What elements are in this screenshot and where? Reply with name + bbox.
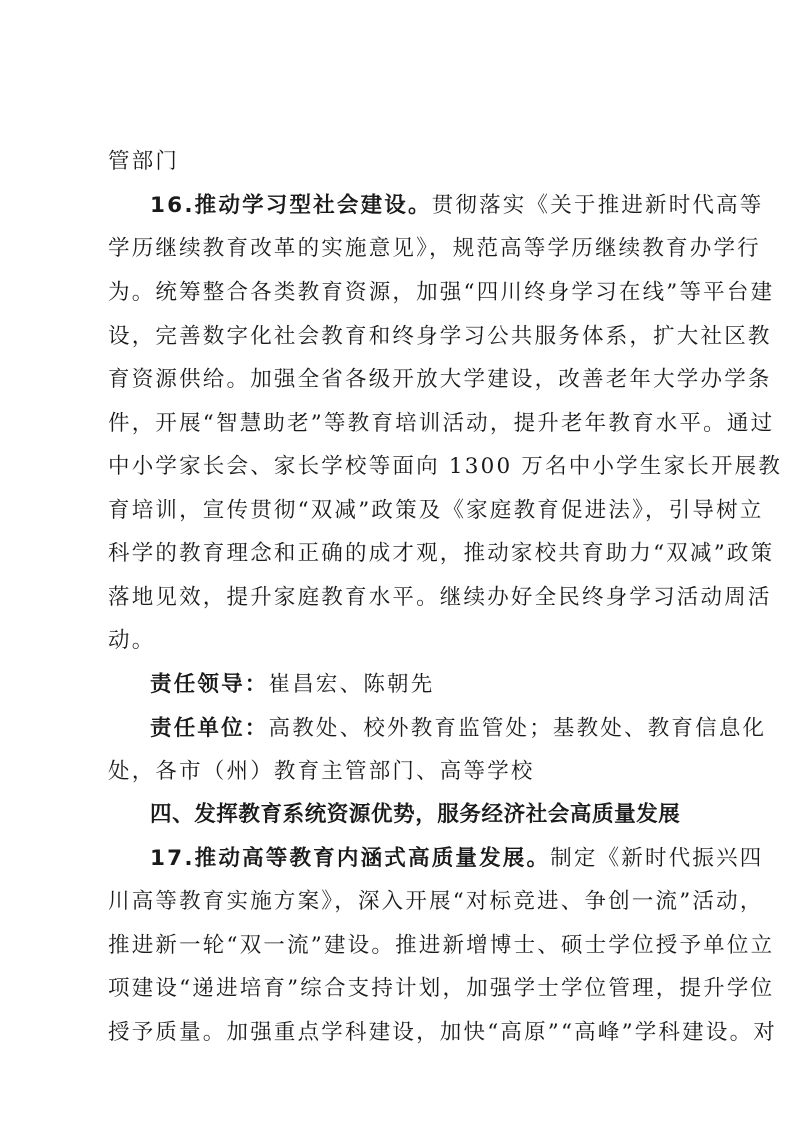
section-heading: 四、发挥教育系统资源优势，服务经济社会高质量发展 — [150, 800, 694, 830]
responsible-unit-line: 责任单位：高教处、校外教育监管处；基教处、教育信息化 — [150, 714, 694, 744]
paragraph-line: 设，完善数字化社会教育和终身学习公共服务体系，扩大社区教 — [108, 322, 694, 352]
paragraph-line: 项建设“递进培育”综合支持计划，加强学士学位管理，提升学位 — [108, 974, 694, 1004]
paragraph-line: 处，各市（州）教育主管部门、高等学校 — [108, 757, 694, 787]
paragraph-line: 学历继续教育改革的实施意见》，规范高等学历继续教育办学行 — [108, 234, 694, 264]
paragraph-line: 科学的教育理念和正确的成才观，推动家校共育助力“双减”政策 — [108, 539, 694, 569]
paragraph-line: 为。统筹整合各类教育资源，加强“四川终身学习在线”等平台建 — [108, 278, 694, 308]
item-16-title-line: 16.推动学习型社会建设。贯彻落实《关于推进新时代高等 — [150, 191, 694, 221]
paragraph-line: 件，开展“智慧助老”等教育培训活动，提升老年教育水平。通过 — [108, 409, 694, 439]
responsible-leader-line: 责任领导：崔昌宏、陈朝先 — [150, 670, 694, 700]
paragraph-line: 推进新一轮“双一流”建设。推进新增博士、硕士学位授予单位立 — [108, 931, 694, 961]
item-17-title-line: 17.推动高等教育内涵式高质量发展。制定《新时代振兴四 — [150, 844, 694, 874]
responsible-leader-label: 责任领导： — [150, 672, 269, 697]
paragraph-line: 管部门 — [108, 147, 694, 177]
responsible-unit-label: 责任单位： — [150, 716, 269, 741]
paragraph-text: 贯彻落实《关于推进新时代高等 — [432, 193, 764, 218]
paragraph-line: 川高等教育实施方案》，深入开展“对标竞进、争创一流”活动， — [108, 887, 694, 917]
paragraph-text: 制定《新时代振兴四 — [550, 846, 763, 871]
paragraph-line: 动。 — [108, 626, 694, 656]
responsible-unit-value: 高教处、校外教育监管处；基教处、教育信息化 — [269, 716, 767, 741]
document-page: 管部门 16.推动学习型社会建设。贯彻落实《关于推进新时代高等 学历继续教育改革… — [0, 0, 793, 1122]
item-16-title: 16.推动学习型社会建设。 — [150, 193, 432, 218]
paragraph-line: 中小学家长会、家长学校等面向 1300 万名中小学生家长开展教 — [108, 452, 694, 482]
paragraph-line: 落地见效，提升家庭教育水平。继续办好全民终身学习活动周活 — [108, 583, 694, 613]
paragraph-line: 育资源供给。加强全省各级开放大学建设，改善老年大学办学条 — [108, 365, 694, 395]
responsible-leader-value: 崔昌宏、陈朝先 — [269, 672, 435, 697]
paragraph-line: 授予质量。加强重点学科建设，加快“高原”“高峰”学科建设。对 — [108, 1018, 694, 1048]
item-17-title: 17.推动高等教育内涵式高质量发展。 — [150, 846, 550, 871]
paragraph-line: 育培训，宣传贯彻“双减”政策及《家庭教育促进法》，引导树立 — [108, 496, 694, 526]
